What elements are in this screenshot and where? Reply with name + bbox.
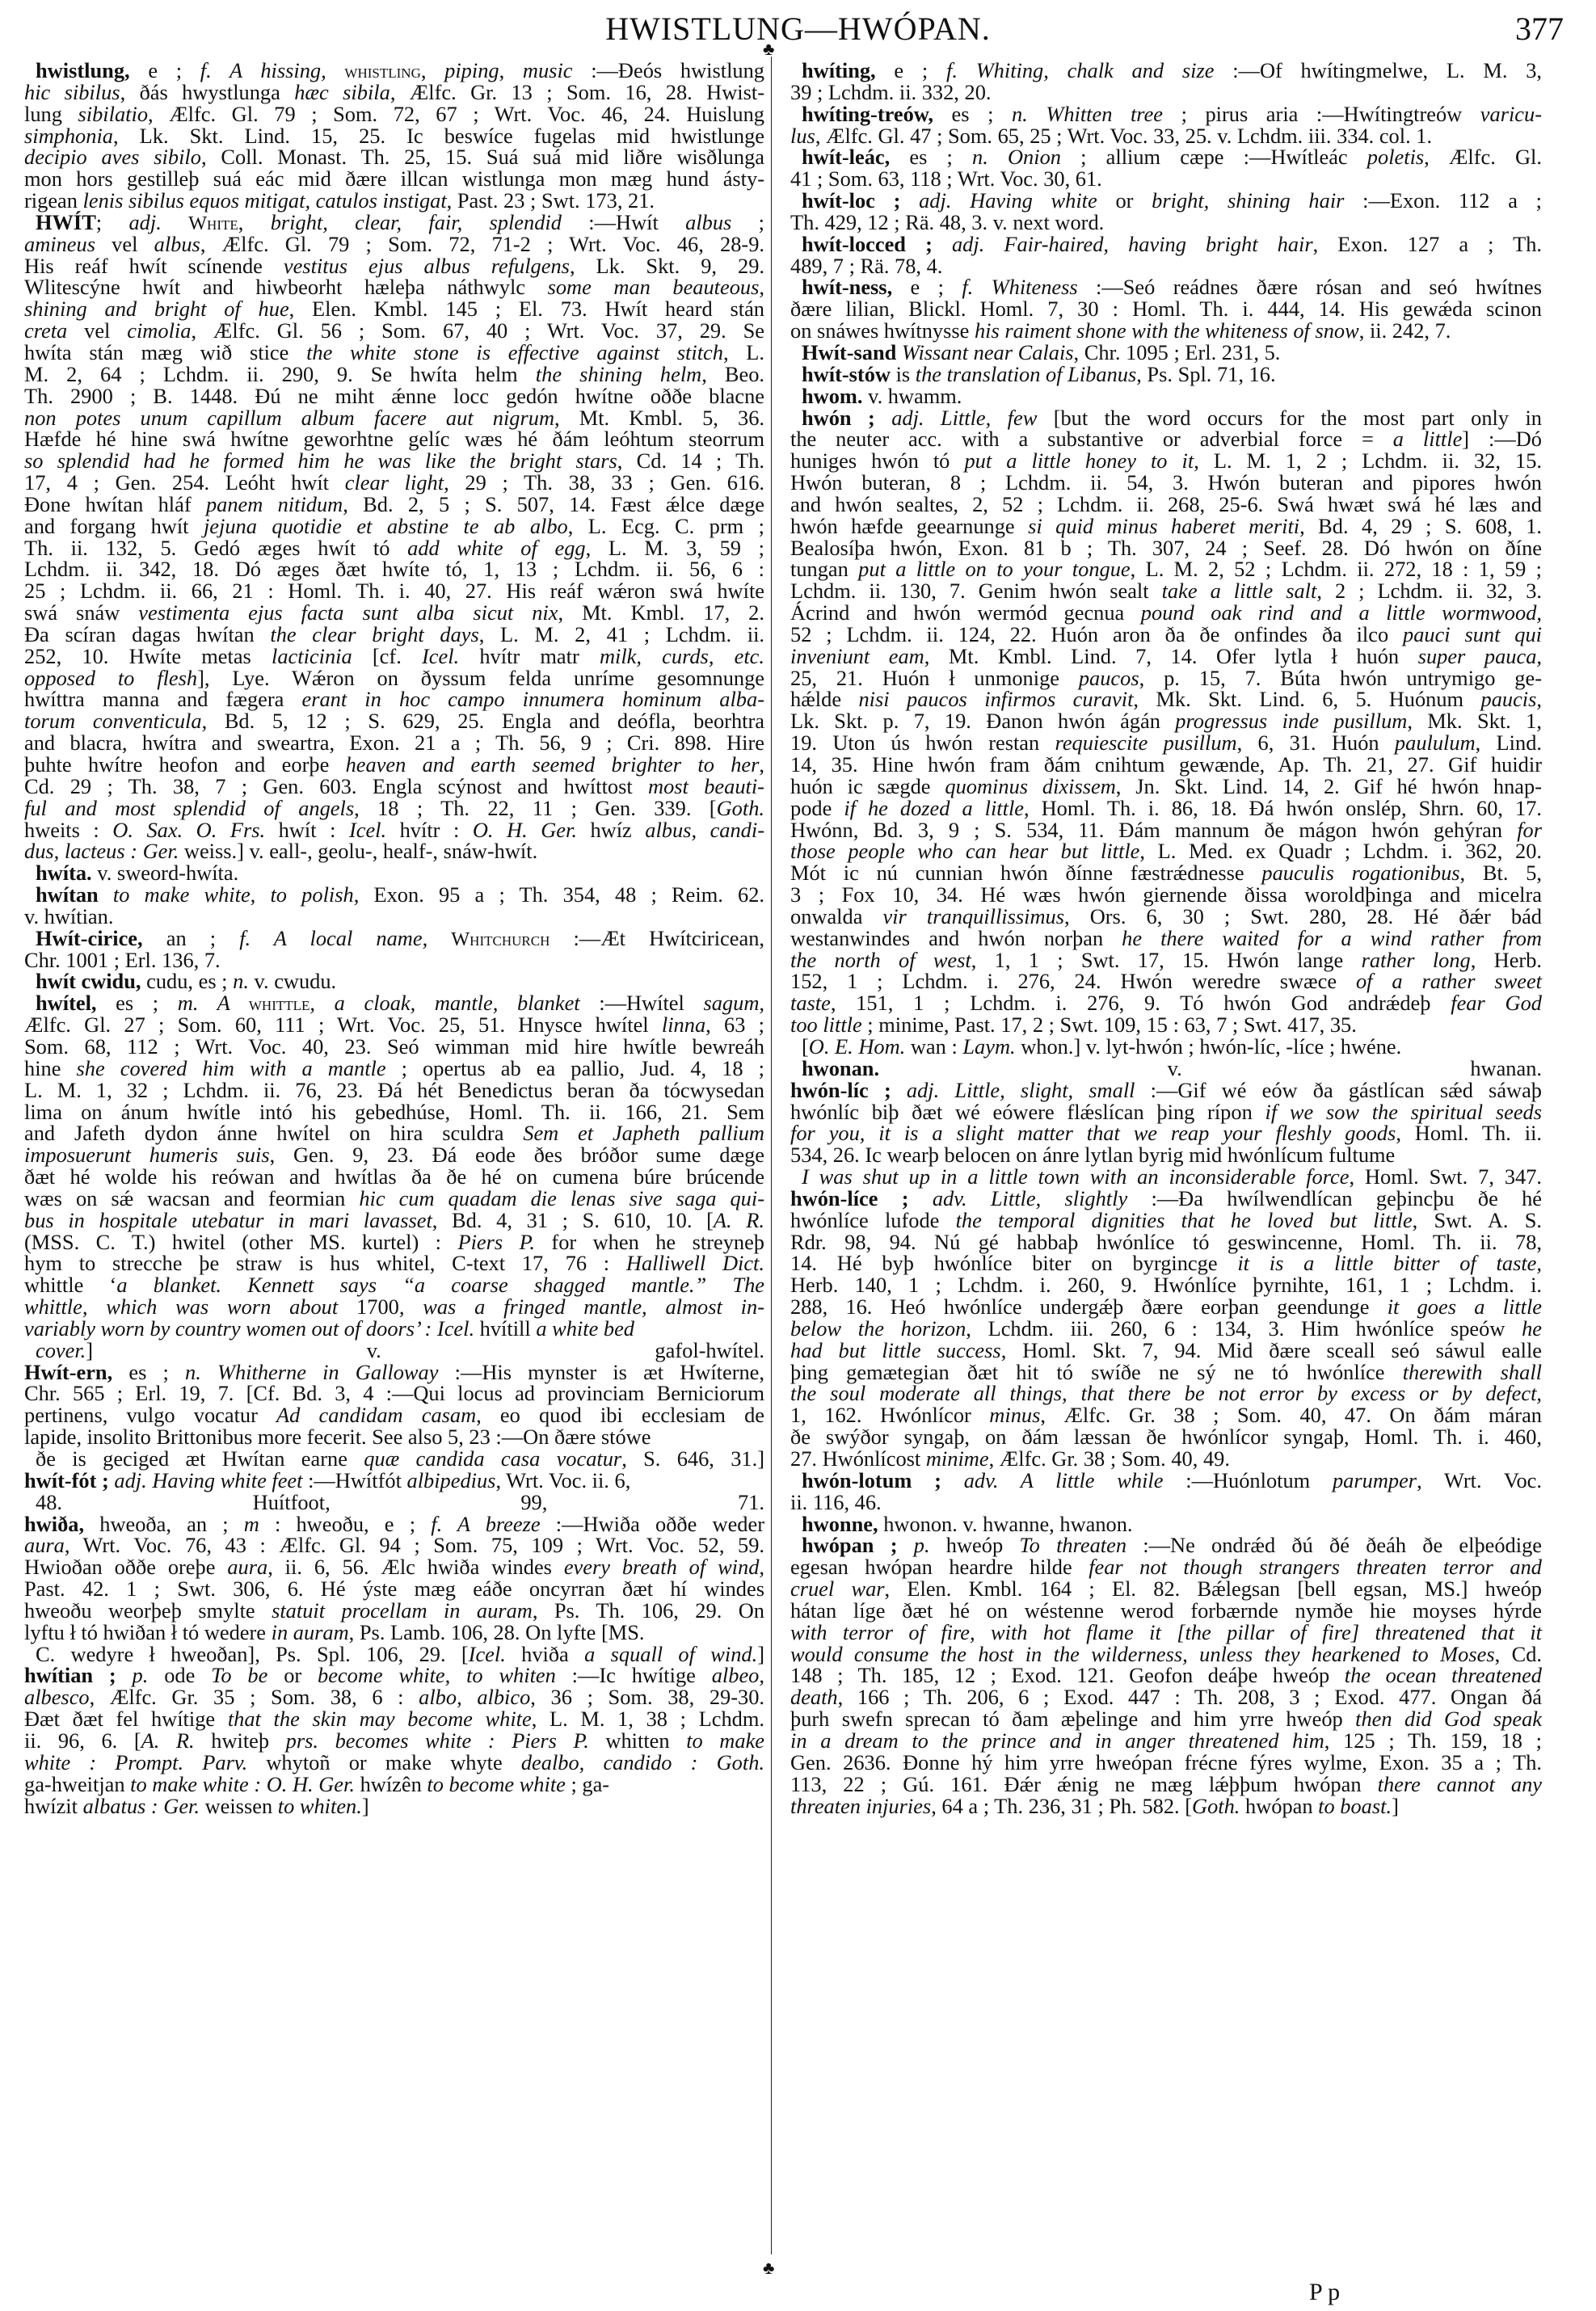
text-line: creta vel cimolia, Ælfc. Gl. 56 ; Som. 6… [24, 320, 764, 342]
headword: hwítan [36, 882, 113, 907]
text-run: ], Lye. Wǽron on ðyssum felda unríme ges… [197, 666, 764, 690]
text-run: mon hors gestilleþ suá eác mid ðære illc… [24, 166, 764, 191]
text-line: Ácrind and hwón wermód gecnua pound oak … [790, 602, 1542, 624]
text-run: , Mk. Skt. 1, [1407, 709, 1542, 733]
text-run: , Wrt. Voc. [1417, 1468, 1542, 1492]
italic-gloss: clear light [345, 470, 444, 495]
text-line: imposuerunt humeris suis, Gen. 9, 23. Ðá… [24, 1144, 764, 1166]
italic-gloss: the temporal dignities that he loved but… [956, 1208, 1413, 1232]
text-line: 52 ; Lchdm. ii. 124, 22. Huón aron ða ðe… [790, 624, 1542, 646]
text-run: whittle ‘ [24, 1273, 116, 1297]
text-run: :—Hwítel [580, 991, 704, 1015]
italic-gloss: hic sibilus [24, 80, 120, 104]
text-run: hwízit [24, 1794, 83, 1818]
text-line: ii. 96, 6. [A. R. hwiteþ prs. becomes wh… [24, 1730, 764, 1752]
text-line: so splendid had he formed him he was lik… [24, 450, 764, 472]
text-run: , Homl. Skt. 7, 94. Mid ðære sceall seó … [1001, 1338, 1542, 1362]
text-line: lima on ánum hwítle intó his gebedhúse, … [24, 1101, 764, 1123]
text-run: 25, 21. Huón ł unmonige [790, 666, 1079, 690]
italic-gloss: nisi paucos infirmos curavit [858, 687, 1133, 711]
italic-gloss: Goth. [717, 796, 764, 820]
text-run: pertinens, vulgo vocatur [24, 1403, 276, 1427]
entry-first-line: hwít cwidu, cudu, es ; n. v. cwudu. [24, 970, 764, 992]
text-line: 1, 162. Hwónlícor minus, Ælfc. Gr. 38 ; … [790, 1404, 1542, 1426]
text-line: would consume the host in the wilderness… [790, 1644, 1542, 1665]
text-run: , Homl. Swt. 7, 347. [1349, 1164, 1542, 1189]
italic-gloss: f. A local name, [239, 926, 451, 950]
italic-gloss: put a little honey to it [964, 448, 1194, 473]
entry-first-line: 48. Huítfoot, 99, 71. [24, 1492, 764, 1513]
text-run: hwópan [1240, 1794, 1318, 1818]
text-line: lapide, insolito Brittonibus more feceri… [24, 1426, 764, 1448]
text-run: 1700 [356, 1294, 399, 1319]
italic-gloss: that the skin may become white [228, 1707, 532, 1731]
italic-gloss: aura [24, 1533, 65, 1557]
text-line: with terror of fire, with hot flame it [… [790, 1622, 1542, 1644]
italic-gloss: lus [790, 124, 815, 148]
text-line: hwiða, hweoða, an ; m : hweoðu, e ; f. A… [24, 1513, 764, 1535]
text-run: hwónlíc biþ ðæt wé eówere flǽslícan þing… [790, 1100, 1265, 1124]
italic-gloss: variably worn by country women out of do… [24, 1316, 474, 1341]
text-line: Som. 68, 112 ; Wrt. Voc. 40, 23. Seó wim… [24, 1036, 764, 1058]
text-line: ðæt hé wolde his reówan and hwítlas ða ð… [24, 1166, 764, 1188]
italic-gloss: so splendid had he formed him he was lik… [24, 448, 617, 473]
italic-gloss: , a cloak, mantle, blanket [310, 991, 579, 1015]
italic-gloss: Icel. [422, 644, 459, 668]
text-run: cudu, es ; [146, 969, 233, 993]
text-run: Mót ic nú cunnian hwón ðínne fæstrǽdness… [790, 861, 1261, 885]
text-run: 534, 26. Ic wearþ belocen on ánre lytlan… [790, 1143, 1395, 1167]
text-run: v. hwamm. [863, 384, 962, 408]
italic-gloss: some man beauteous, [548, 275, 764, 299]
text-run: , Ps. Th. 106, 29. On [533, 1598, 764, 1623]
text-line: Cd. 29 ; Th. 38, 7 ; Gen. 603. Engla scý… [24, 776, 764, 798]
text-line: those people who can hear but little, L.… [790, 840, 1542, 862]
italic-gloss: Wissant near Calais [902, 340, 1074, 364]
text-run: , Mt. Kmbl. Lind. 7, 14. Ofer lytla ł hu… [924, 644, 1418, 668]
text-line: Chr. 565 ; Erl. 19, 7. [Cf. Bd. 3, 4 :—Q… [24, 1383, 764, 1404]
text-run: , [499, 58, 523, 82]
italic-gloss: music [523, 58, 573, 82]
text-line: His reáf hwít scínende vestitus ejus alb… [24, 255, 764, 277]
italic-gloss: adv. Little, slightly [933, 1186, 1127, 1210]
entry-first-line: ðe is geciged æt Hwítan earne quæ candid… [24, 1448, 764, 1470]
text-run: , L. [723, 340, 764, 364]
italic-gloss: a blanket. Kennett says “a coarse shagge… [116, 1273, 764, 1297]
text-run: 17, 4 ; Gen. 254. Leóht hwít [24, 470, 345, 495]
text-line: 152, 1 ; Lchdm. i. 276, 24. Hwón weredre… [790, 970, 1542, 992]
text-run: , [759, 752, 764, 777]
text-run: , L. M. 2, 52 ; Lchdm. ii. 272, 18 : 1, … [1131, 557, 1542, 581]
headword: hwít-locced ; [802, 232, 952, 256]
text-run: : hweoðu, e ; [259, 1512, 431, 1536]
italic-gloss: take a little salt [1162, 579, 1317, 603]
italic-gloss: sagum, [703, 991, 764, 1015]
text-run: ; pirus aria :—Hwítingtreów [1163, 102, 1480, 126]
text-run: Ælfc. Gl. 27 ; Som. 60, 111 ; Wrt. Voc. … [24, 1012, 662, 1037]
text-run: , eo quod ibi ecclesiam de [476, 1403, 764, 1427]
text-run [162, 210, 188, 234]
text-run: egesan hwópan heardre hilde [790, 1555, 1089, 1579]
text-run: es ; [116, 991, 178, 1015]
text-run: ; ga- [566, 1772, 609, 1796]
italic-gloss: Icel. [349, 818, 386, 842]
text-run: , Jn. Skt. Lind. 14, 2. Gif hé hwón hnap… [1116, 774, 1542, 798]
italic-gloss: bright, clear, fair, splendid [271, 210, 562, 234]
entry-first-line: hwít-locced ; adj. Fair-haired, having b… [790, 234, 1542, 255]
text-run: 27. Hwónlícost [790, 1446, 926, 1471]
italic-gloss: Halliwell Dict. [626, 1251, 764, 1275]
italic-gloss: the north of west [790, 948, 971, 972]
text-run: wan : [905, 1034, 962, 1059]
italic-gloss: Piers P. [457, 1230, 534, 1254]
italic-gloss: requiescite pusillum [1055, 730, 1237, 755]
text-run: :—Ða hwílwendlícan geþincþu ðe hé [1127, 1186, 1542, 1210]
italic-gloss: albus [154, 232, 200, 256]
text-run: hvítr : [386, 818, 473, 842]
italic-gloss: vestitus ejus albus refulgens [284, 254, 570, 278]
text-line: wæs on sǽ wacsan and feormian hic cum qu… [24, 1188, 764, 1210]
entry-first-line: I was shut up in a little town with an i… [790, 1166, 1542, 1188]
italic-gloss: Icel. [469, 1642, 506, 1666]
text-run: hweits : [24, 818, 112, 842]
italic-gloss: p. [914, 1533, 930, 1557]
text-run: es ; [909, 145, 972, 169]
text-run: Ðone hwítan hláf [24, 492, 206, 516]
text-run: , Lind. [1476, 730, 1542, 755]
entry-first-line: hwón-lotum ; adv. A little while :—Huónl… [790, 1470, 1542, 1492]
text-line: for you, it is a slight matter that we r… [790, 1122, 1542, 1144]
entry-first-line: hwít-leác, es ; n. Onion ; allium cæpe :… [790, 146, 1542, 168]
text-line: pertinens, vulgo vocatur Ad candidam cas… [24, 1404, 764, 1426]
text-run: :—Æt Hwítciricean, [550, 926, 764, 950]
text-line: hwón-líc ; adj. Little, slight, small :—… [790, 1080, 1542, 1101]
italic-gloss: Sem et Japheth pallium [523, 1121, 764, 1145]
italic-gloss: A. R. [141, 1728, 195, 1753]
text-run: Lchdm. ii. 130, 7. Genim hwón sealt [790, 579, 1162, 603]
text-run: Th. 429, 12 ; Rä. 48, 3. v. next word. [790, 210, 1104, 234]
text-run: hátan líge ðæt hé on wéstenne werod forb… [790, 1598, 1542, 1623]
italic-gloss: would consume the host in the wilderness… [790, 1642, 1495, 1666]
text-run: , 2 ; Lchdm. ii. 32, 3. [1316, 579, 1542, 603]
text-run: þing gemætegian ðæt hit tó swíðe ne sý n… [790, 1360, 1403, 1384]
text-line: þing gemætegian ðæt hit tó swíðe ne sý n… [790, 1362, 1542, 1383]
column-divider [771, 57, 772, 2254]
text-line: hwíttra manna and fægera erant in hoc ca… [24, 688, 764, 710]
text-line: onwalda vir tranquillissimus, Ors. 6, 30… [790, 906, 1542, 928]
text-line: L. M. 1, 32 ; Lchdm. ii. 76, 23. Ðá hét … [24, 1080, 764, 1101]
text-run: , Elen. Kmbl. 164 ; El. 82. Bǽlegsan [be… [885, 1576, 1542, 1601]
entry-first-line: hwonan. v. hwanan. [790, 1058, 1542, 1080]
text-line: bus in hospitale utebatur in mari lavass… [24, 1210, 764, 1231]
right-column: hwíting, e ; f. Whiting, chalk and size … [790, 60, 1542, 1816]
text-line: ful and most splendid of angels, 18 ; Th… [24, 798, 764, 819]
italic-gloss: si quid minus haberet meriti [1028, 514, 1299, 538]
text-run: whon.] v. lyt-hwón ; hwón-líc, -líce ; h… [1016, 1034, 1402, 1059]
text-line: Bealosíþa hwón, Exon. 81 b ; Th. 307, 24… [790, 537, 1542, 559]
headword: hwít-leác, [802, 145, 909, 169]
text-run: , L. Ecg. C. prm ; [568, 514, 764, 538]
text-line: Past. 42. 1 ; Swt. 306, 6. Hé ýste mæg e… [24, 1578, 764, 1600]
text-run: vel [67, 318, 127, 343]
italic-gloss: a white bed [536, 1316, 634, 1341]
text-run: , 18 ; Th. 22, 11 ; Gen. 339. [ [354, 796, 717, 820]
text-line: 288, 16. Heó hwónlíce undergǽþ ðære eorþ… [790, 1296, 1542, 1318]
headword: hwíting-treów, [802, 102, 952, 126]
text-run: wæs on sǽ wacsan and feormian [24, 1186, 359, 1210]
text-line: ðære lilian, Blickl. Homl. 7, 30 : Homl.… [790, 298, 1542, 320]
italic-gloss: to make white, to polish [113, 882, 354, 907]
text-line: the soul moderate all things, that there… [790, 1383, 1542, 1404]
italic-gloss: a little [1393, 427, 1463, 451]
text-line: Ælfc. Gl. 27 ; Som. 60, 111 ; Wrt. Voc. … [24, 1014, 764, 1036]
italic-gloss: hæc sibila [294, 80, 390, 104]
text-line: amineus vel albus, Ælfc. Gl. 79 ; Som. 7… [24, 234, 764, 255]
italic-gloss: fear not though strangers threaten terro… [1089, 1555, 1542, 1579]
text-run: ii. 96, 6. [ [24, 1728, 141, 1753]
italic-gloss: the soul moderate all things, that there… [790, 1381, 1542, 1405]
entry-first-line: hwít-stów is the translation of Libanus,… [790, 364, 1542, 385]
text-run: ] [1392, 1794, 1399, 1818]
text-run: es ; [128, 1360, 185, 1384]
italic-gloss: become white, to whiten [318, 1663, 556, 1687]
text-run: , Homl. Th. ii. [1396, 1121, 1542, 1145]
text-line: the neuter acc. with a substantive or ad… [790, 428, 1542, 450]
text-line: 534, 26. Ic wearþ belocen on ánre lytlan… [790, 1144, 1542, 1166]
text-run: Herb. 140, 1 ; Lchdm. i. 260, 9. Hwónlíc… [790, 1273, 1542, 1297]
italic-gloss: paucos [1079, 666, 1139, 690]
text-line: taste, 151, 1 ; Lchdm. i. 276, 9. Tó hwó… [790, 992, 1542, 1014]
text-run: hwón hæfde geearnunge [790, 514, 1028, 538]
italic-gloss: varicu- [1480, 102, 1542, 126]
text-line: albesco, Ælfc. Gr. 35 ; Som. 38, 6 : alb… [24, 1686, 764, 1708]
text-line: Hwioðan oððe oreþe aura, ii. 6, 56. Ælc … [24, 1556, 764, 1578]
text-run: [cf. [352, 644, 422, 668]
text-run: , Exon. 127 a ; Th. [1313, 232, 1542, 256]
italic-gloss: put a little on to your tongue [858, 557, 1130, 581]
text-run: 25 ; Lchdm. ii. 66, 21 : Homl. Th. i. 40… [24, 579, 764, 603]
text-line: hic sibilus, ðás hwystlunga hæc sibila, … [24, 82, 764, 103]
text-line: whittle ‘a blanket. Kennett says “a coar… [24, 1274, 764, 1296]
text-line: Mót ic nú cunnian hwón ðínne fæstrǽdness… [790, 862, 1542, 884]
italic-gloss: cover. [36, 1338, 86, 1362]
text-line: hym to strecche þe straw is hus whitel, … [24, 1252, 764, 1274]
text-line: threaten injuries, 64 a ; Th. 236, 31 ; … [790, 1795, 1542, 1817]
text-run: , S. 646, 31.] [621, 1446, 764, 1471]
entry-first-line: hwonne, hwonon. v. hwanne, hwanon. [790, 1513, 1542, 1535]
text-run: M. 2, 64 ; Lchdm. ii. 290, 9. Se hwíta h… [24, 362, 536, 386]
text-run: , Ps. Lamb. 106, 28. On lyfte [MS. [349, 1620, 645, 1644]
italic-gloss: bus in hospitale utebatur in mari lavass… [24, 1208, 432, 1232]
text-run: , Chr. 1095 ; Erl. 231, 5. [1074, 340, 1281, 364]
text-line: 252, 10. Hwíte metas lacticinia [cf. Ice… [24, 646, 764, 667]
italic-gloss: vestimenta ejus facta sunt alba sicut ni… [138, 600, 558, 625]
italic-gloss: , was a fringed mantle, almost in- [399, 1294, 764, 1319]
italic-gloss: the white stone is effective against sti… [306, 340, 723, 364]
italic-gloss: parumper [1333, 1468, 1417, 1492]
text-run: , Ps. Spl. 71, 16. [1136, 362, 1275, 386]
italic-gloss: dealbo, candido : Goth. [521, 1750, 764, 1774]
italic-gloss: for [1517, 818, 1542, 842]
italic-gloss: f. A hissing, [200, 58, 345, 82]
text-line: 19. Uton ús hwón restan requiescite pusi… [790, 732, 1542, 754]
italic-gloss: white : Prompt. Parv. [24, 1750, 247, 1774]
italic-gloss: m [244, 1512, 259, 1536]
text-run: , 64 a ; Th. 236, 31 ; Ph. 582. [ [931, 1794, 1192, 1818]
entry-first-line: hwítan to make white, to polish, Exon. 9… [24, 884, 764, 906]
italic-gloss: albipedius [407, 1468, 496, 1492]
text-run: , Swt. A. S. [1413, 1208, 1542, 1232]
text-run: :—His mynster is æt Hwíterne, [438, 1360, 764, 1384]
italic-gloss: opposed to flesh [24, 666, 197, 690]
text-run: , L. M. 2, 41 ; Lchdm. ii. [479, 622, 764, 646]
text-line: 41 ; Som. 63, 118 ; Wrt. Voc. 30, 61. [790, 168, 1542, 190]
text-run: , Gen. 9, 23. Ðá eode ðes bróðor sume dæ… [270, 1143, 764, 1167]
headword: hwíta. [36, 861, 92, 885]
text-run: , Cd. 14 ; Th. [617, 448, 764, 473]
text-run: lyftu ł tó hwiðan ł tó wedere [24, 1620, 272, 1644]
italic-gloss: there cannot any [1378, 1772, 1542, 1796]
italic-gloss: decipio aves sibilo [24, 145, 201, 169]
headword: hwíting, [802, 58, 894, 82]
italic-gloss: he there waited for a wind rather from [1122, 926, 1542, 950]
italic-gloss: milk, curds, etc. [600, 644, 764, 668]
italic-gloss: if he dozed a little [844, 796, 1024, 820]
text-run: , Bd. 4, 29 ; S. 608, 1. [1299, 514, 1542, 538]
text-run: , Ælfc. Gl. 79 ; Som. 72, 71-2 ; Wrt. Vo… [200, 232, 764, 256]
italic-gloss: vir tranquillissimus [883, 904, 1065, 928]
italic-gloss: creta [24, 318, 67, 343]
text-run: , Mt. Kmbl. 17, 2. [558, 600, 764, 625]
text-run: ] :—Dó [1462, 427, 1542, 451]
text-run: , Ælfc. Gr. 13 ; Som. 16, 28. Hwist- [390, 80, 764, 104]
text-run: Lchdm. ii. 342, 18. Dó æges ðæt hwíte tó… [24, 557, 764, 581]
italic-gloss: paululum [1395, 730, 1476, 755]
text-run: Chr. 1001 ; Erl. 136, 7. [24, 948, 221, 972]
italic-gloss: taste [790, 991, 831, 1015]
italic-gloss: adj. Little, few [891, 406, 1037, 430]
italic-gloss: dus, lacteus : Ger. [24, 839, 179, 863]
text-run: ] v. gafol-hwítel. [86, 1338, 764, 1362]
text-line: below the horizon, Lchdm. iii. 260, 6 : … [790, 1318, 1542, 1340]
italic-gloss: to make [686, 1728, 764, 1753]
text-line: and forgang hwít jejuna quotidie et abst… [24, 516, 764, 537]
text-line: 25 ; Lchdm. ii. 66, 21 : Homl. Th. i. 40… [24, 580, 764, 602]
italic-gloss: too little [790, 1012, 862, 1037]
text-run: and blacra, hwítra and sweartra, Exon. 2… [24, 730, 764, 755]
text-run: is [896, 362, 916, 386]
text-run: Th. 2900 ; B. 1448. Ðú ne miht ǽnne locc… [24, 384, 764, 408]
headword: hwón-líce ; [790, 1186, 933, 1210]
italic-gloss: in auram [272, 1620, 349, 1644]
text-line: hwón hæfde geearnunge si quid minus habe… [790, 516, 1542, 537]
text-line: egesan hwópan heardre hilde fear not tho… [790, 1556, 1542, 1578]
text-line: lyftu ł tó hwiðan ł tó wedere in auram, … [24, 1622, 764, 1644]
text-run: Cd. 29 ; Th. 38, 7 ; Gen. 603. Engla scý… [24, 774, 648, 798]
headword: hwón-lotum ; [802, 1468, 964, 1492]
italic-gloss: jejuna quotidie et abstine te ab albo [204, 514, 568, 538]
text-run: lima on ánum hwítle intó his gebedhúse, … [24, 1100, 764, 1124]
italic-gloss: had but little success [790, 1338, 1001, 1362]
text-run: ðe swýðor syngaþ, on ðám læssan ðe hwónl… [790, 1425, 1542, 1449]
italic-gloss: fear God [1451, 991, 1542, 1015]
text-run: , 1, 1 ; Swt. 17, 15. Hwón lange [971, 948, 1362, 972]
text-run: , Wrt. Voc. 76, 43 : Ælfc. Gl. 94 ; Som.… [65, 1533, 764, 1557]
column-ornament-top-icon: ♣ [763, 40, 774, 58]
text-line: inveniunt eam, Mt. Kmbl. Lind. 7, 14. Of… [790, 646, 1542, 667]
running-head: HWISTLUNG—HWÓPAN. 377 [0, 6, 1596, 55]
text-run: , Ælfc. Gr. 38 ; Som. 40, 49. [989, 1446, 1230, 1471]
text-run: 3 ; Fox 10, 34. Hé wæs hwón giernende ði… [790, 882, 1542, 907]
italic-gloss: lacticinia [272, 644, 352, 668]
text-run: hwonon. v. hwanne, hwanon. [883, 1512, 1132, 1536]
headword: hwistlung, [36, 58, 148, 82]
text-run: and Jafeth dydon ánne hwítel on hira scu… [24, 1121, 523, 1145]
text-run: ðæt hé wolde his reówan and hwítlas ða ð… [24, 1164, 764, 1189]
text-line: the north of west, 1, 1 ; Swt. 17, 15. H… [790, 949, 1542, 971]
headword: hwítel, [36, 991, 116, 1015]
text-run: 19. Uton ús hwón restan [790, 730, 1055, 755]
headword: Hwít-cirice, [36, 926, 166, 950]
text-line: white : Prompt. Parv. whytoñ or make why… [24, 1752, 764, 1774]
text-run: , Bd. 5, 12 ; S. 629, 25. Engla and deóf… [202, 709, 764, 733]
italic-gloss: therewith shall [1403, 1360, 1542, 1384]
italic-gloss: shining and bright of hue [24, 297, 289, 321]
small-caps-word: Whitchurch [451, 928, 550, 950]
text-run: 14, 35. Hine hwón fram ðám cnihtum gewæn… [790, 752, 1542, 777]
text-run: , Homl. Th. i. 86, 18. Ðá hwón onslép, S… [1024, 796, 1542, 820]
text-line: hwízit albatus : Ger. weissen to whiten.… [24, 1795, 764, 1817]
italic-gloss: those people who can hear but little [790, 839, 1139, 863]
italic-gloss: m. A [178, 991, 249, 1015]
text-line: Hwónn, Bd. 3, 9 ; S. 534, 11. Ðám mannum… [790, 819, 1542, 841]
text-line: swá snáw vestimenta ejus facta sunt alba… [24, 602, 764, 624]
text-run: 113, 22 ; Gú. 161. Ðǽr ǽnig ne mæg lǽþþu… [790, 1772, 1378, 1796]
text-run: Rdr. 98, 94. Nú gé habbaþ hwónlíce tó ge… [790, 1230, 1542, 1254]
text-run: :—Gif wé eów ða gástlícan sǽd sáwaþ [1135, 1078, 1542, 1102]
text-line: mon hors gestilleþ suá eác mid ðære illc… [24, 168, 764, 190]
headword: Hwít-ern, [24, 1360, 128, 1384]
text-line: 148 ; Th. 185, 12 ; Exod. 121. Geofon de… [790, 1665, 1542, 1686]
text-line: decipio aves sibilo, Coll. Monast. Th. 2… [24, 146, 764, 168]
text-line: non potes unum capillum album facere aut… [24, 407, 764, 429]
text-line: on snáwes hwítnysse his raiment shone wi… [790, 320, 1542, 342]
text-run: hǽlde [790, 687, 858, 711]
text-line: hwítian ; p. ode To be or become white, … [24, 1665, 764, 1686]
text-line: pode if he dozed a little, Homl. Th. i. … [790, 798, 1542, 819]
italic-gloss: statuit procellam in auram [272, 1598, 533, 1623]
italic-gloss: to become white [427, 1772, 566, 1796]
headword: Hwít-sand [802, 340, 902, 364]
text-line: death, 166 ; Th. 206, 6 ; Exod. 447 : Th… [790, 1686, 1542, 1708]
entry-first-line: HWÍT; adj. White, bright, clear, fair, s… [24, 212, 764, 234]
text-run: 39 ; Lchdm. ii. 332, 20. [790, 80, 992, 104]
entry-first-line: hwíta. v. sweord-hwíta. [24, 862, 764, 884]
text-run: , 63 ; [705, 1012, 764, 1037]
text-run: vel [95, 232, 154, 256]
text-run: for when he streyneþ [535, 1230, 764, 1254]
text-run: :—Ic hwítige [556, 1663, 712, 1687]
text-run: v. hwítian. [24, 904, 113, 928]
text-run: Gen. 2636. Ðonne hý him yrre hweópan fré… [790, 1750, 1542, 1774]
text-run: hwónlíce lufode [790, 1208, 956, 1232]
text-line: hweoðu weorþeþ smylte statuit procellam … [24, 1600, 764, 1622]
text-line: hwít-fót ; adj. Having white feet :—Hwít… [24, 1470, 764, 1492]
text-line: and blacra, hwítra and sweartra, Exon. 2… [24, 732, 764, 754]
text-run: ] [362, 1794, 369, 1818]
text-run: [but the word occurs for the most part o… [1037, 406, 1542, 430]
italic-gloss: linna [662, 1012, 705, 1037]
